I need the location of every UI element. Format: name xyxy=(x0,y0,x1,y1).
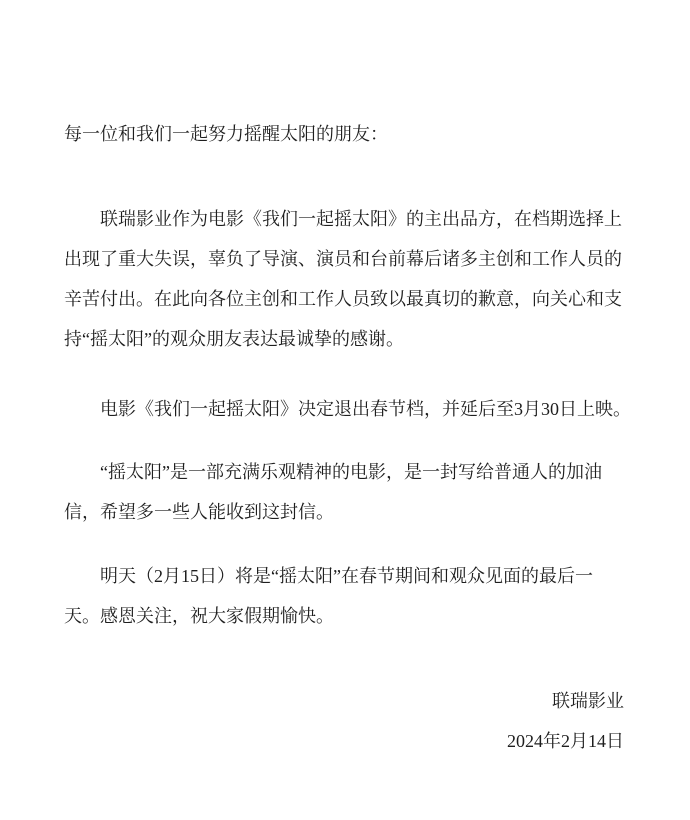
paragraph-release-change: 电影《我们一起摇太阳》决定退出春节档，并延后至3月30日上映。 xyxy=(64,389,624,429)
letter-date: 2024年2月14日 xyxy=(64,721,624,761)
text-line: 天。感恩关注，祝大家假期愉快。 xyxy=(64,596,624,636)
text-line: 明天（2月15日）将是“摇太阳”在春节期间和观众见面的最后一 xyxy=(64,556,624,596)
letter-paragraphs: 联瑞影业作为电影《我们一起摇太阳》的主出品方，在档期选择上出现了重大失误，辜负了… xyxy=(64,199,624,636)
text-line: 持“摇太阳”的观众朋友表达最诚挚的感谢。 xyxy=(64,319,624,359)
paragraph-apology: 联瑞影业作为电影《我们一起摇太阳》的主出品方，在档期选择上出现了重大失误，辜负了… xyxy=(64,199,624,359)
paragraph-film-description: “摇太阳”是一部充满乐观精神的电影，是一封写给普通人的加油信，希望多一些人能收到… xyxy=(64,452,624,532)
text-line: “摇太阳”是一部充满乐观精神的电影，是一封写给普通人的加油 xyxy=(64,452,624,492)
text-line: 联瑞影业作为电影《我们一起摇太阳》的主出品方，在档期选择上 xyxy=(64,199,624,239)
text-line: 信，希望多一些人能收到这封信。 xyxy=(64,492,624,532)
text-line: 出现了重大失误，辜负了导演、演员和台前幕后诸多主创和工作人员的 xyxy=(64,239,624,279)
letter-signature: 联瑞影业 xyxy=(64,681,624,721)
text-line: 辛苦付出。在此向各位主创和工作人员致以最真切的歉意，向关心和支 xyxy=(64,279,624,319)
announcement-letter: 每一位和我们一起努力摇醒太阳的朋友： 联瑞影业作为电影《我们一起摇太阳》的主出品… xyxy=(0,0,690,820)
letter-salutation: 每一位和我们一起努力摇醒太阳的朋友： xyxy=(64,114,624,154)
paragraph-final-day: 明天（2月15日）将是“摇太阳”在春节期间和观众见面的最后一天。感恩关注，祝大家… xyxy=(64,556,624,636)
text-line: 电影《我们一起摇太阳》决定退出春节档，并延后至3月30日上映。 xyxy=(64,389,624,429)
